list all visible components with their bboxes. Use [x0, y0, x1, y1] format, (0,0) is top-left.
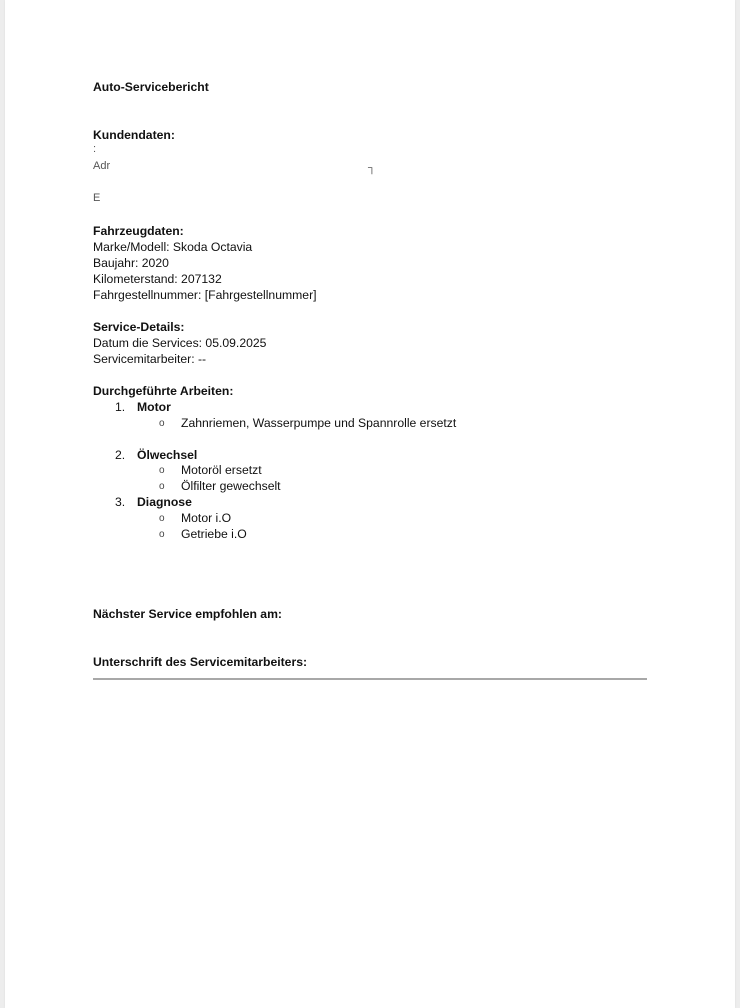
list-subitem: Ölfilter gewechselt — [181, 478, 281, 494]
redacted-fragment: ┐ — [368, 162, 376, 174]
vehicle-model: Marke/Modell: Skoda Octavia — [93, 239, 252, 255]
list-subitem: Motoröl ersetzt — [181, 462, 262, 478]
vehicle-vin: Fahrgestellnummer: [Fahrgestellnummer] — [93, 287, 317, 303]
redacted-fragment: Adr — [93, 160, 110, 172]
signature-label: Unterschrift des Servicemitarbeiters: — [93, 654, 307, 670]
bullet-icon: o — [159, 527, 165, 543]
vehicle-mileage: Kilometerstand: 207132 — [93, 271, 222, 287]
list-label: Ölwechsel — [137, 447, 197, 463]
document-title: Auto-Servicebericht — [93, 79, 209, 95]
list-number: 1. — [115, 399, 125, 415]
next-service-label: Nächster Service empfohlen am: — [93, 606, 282, 622]
list-number: 3. — [115, 494, 125, 510]
list-label: Diagnose — [137, 494, 192, 510]
work-heading: Durchgeführte Arbeiten: — [93, 383, 233, 399]
service-employee: Servicemitarbeiter: -- — [93, 351, 206, 367]
signature-line — [93, 678, 647, 680]
list-subitem: Zahnriemen, Wasserpumpe und Spannrolle e… — [181, 415, 456, 431]
vehicle-year: Baujahr: 2020 — [93, 255, 169, 271]
bullet-icon: o — [159, 479, 165, 495]
list-subitem: Motor i.O — [181, 510, 231, 526]
bullet-icon: o — [159, 416, 165, 432]
list-subitem: Getriebe i.O — [181, 526, 247, 542]
customer-heading: Kundendaten: — [93, 127, 175, 143]
document-page: Auto-Servicebericht Kundendaten: : Adr ┐… — [5, 0, 735, 1008]
redacted-fragment: : — [93, 143, 96, 155]
list-label: Motor — [137, 399, 171, 415]
redacted-fragment: E — [93, 192, 100, 204]
list-number: 2. — [115, 447, 125, 463]
bullet-icon: o — [159, 463, 165, 479]
service-heading: Service-Details: — [93, 319, 184, 335]
bullet-icon: o — [159, 511, 165, 527]
vehicle-heading: Fahrzeugdaten: — [93, 223, 184, 239]
service-date: Datum die Services: 05.09.2025 — [93, 335, 266, 351]
